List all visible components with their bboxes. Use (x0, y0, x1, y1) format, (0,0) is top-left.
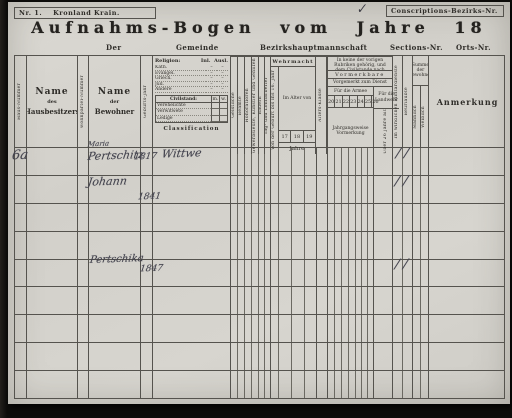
table-cell (238, 343, 245, 370)
table-row (15, 232, 504, 260)
table-cell (342, 371, 349, 398)
table-cell (78, 148, 89, 175)
table-row (15, 371, 504, 398)
subheader-gemeinde: Gemeinde (176, 43, 219, 52)
vormerk-line2: Vormerkbare (328, 71, 392, 79)
table-cell (393, 232, 403, 259)
col-hausbesitzer: Name des Hausbesitzers (27, 56, 78, 147)
table-cell (349, 148, 356, 175)
table-cell (141, 287, 153, 314)
religion-box: Religion: Inl. Ausl. Kath.–– Evangel.–– … (153, 56, 231, 147)
summe-box: Summe der Bewohner Männlich Weiblich (413, 56, 429, 147)
table-cell (335, 204, 342, 231)
table-cell (89, 343, 141, 370)
table-cell (15, 148, 27, 175)
table-cell (413, 287, 421, 314)
table-cell (141, 176, 153, 203)
table-cell (238, 176, 245, 203)
table-cell (374, 371, 393, 398)
table-cell (231, 343, 238, 370)
table-cell (421, 260, 429, 287)
table-cell (231, 204, 238, 231)
bewohner-l2: der (110, 99, 119, 105)
table-cell (238, 260, 245, 287)
table-cell (245, 343, 252, 370)
table-cell (78, 232, 89, 259)
table-cell (403, 148, 413, 175)
table-cell (305, 315, 317, 342)
kronland-label: Kronland Krain. (53, 9, 120, 17)
table-cell (374, 287, 393, 314)
table-cell (153, 343, 231, 370)
table-cell (27, 371, 78, 398)
page-title: Aufnahms-Bogen vom Jahre 18 (8, 18, 510, 37)
table-cell (335, 315, 342, 342)
table-cell (89, 260, 141, 287)
table-cell (429, 148, 506, 175)
table-cell (153, 260, 231, 287)
table-cell (238, 204, 245, 231)
table-cell (231, 371, 238, 398)
table-cell (421, 232, 429, 259)
table-cell (89, 204, 141, 231)
table-cell (141, 260, 153, 287)
table-cell (15, 315, 27, 342)
table-cell (374, 260, 393, 287)
table-cell (279, 232, 292, 259)
table-cell (271, 260, 279, 287)
table-cell (271, 232, 279, 259)
im-alter-von-label: Im Alter von (279, 67, 315, 130)
table-cell (279, 176, 292, 203)
table-cell (403, 343, 413, 370)
table-cell (279, 260, 292, 287)
col-maennlich: Männlich (413, 86, 421, 147)
table-cell (349, 315, 356, 342)
table-cell (403, 371, 413, 398)
table-cell (252, 176, 259, 203)
table-cell (27, 232, 78, 259)
table-cell (429, 371, 506, 398)
table-cell (342, 343, 349, 370)
bewohner-l1: Name (98, 87, 131, 97)
table-cell (153, 176, 231, 203)
table-cell (231, 232, 238, 259)
table-cell (342, 148, 349, 175)
table-cell (413, 343, 421, 370)
table-cell (89, 176, 141, 203)
table-cell (429, 204, 506, 231)
table-cell (328, 260, 335, 287)
table-cell (335, 148, 342, 175)
table-cell (153, 287, 231, 314)
armee-years: 20 21 22 23 24 25 26 (328, 96, 373, 108)
table-cell (252, 371, 259, 398)
table-cell (15, 343, 27, 370)
table-cell (238, 232, 245, 259)
table-cell (15, 232, 27, 259)
classification-footer-label: Classification (155, 126, 228, 132)
table-cell (328, 232, 335, 259)
conscription-box: Conscriptions-Bezirks-Nr. (386, 5, 504, 17)
table-cell (245, 260, 252, 287)
table-cell (335, 287, 342, 314)
table-cell (393, 315, 403, 342)
religion-row: Andere–– (155, 87, 228, 93)
col-occupation-gewerbsleute: Gewerbsleute, Künstler und Gehilfen (252, 57, 259, 154)
table-cell (141, 343, 153, 370)
table-cell (292, 176, 305, 203)
table-cell (429, 232, 506, 259)
table-cell (153, 148, 231, 175)
table-cell (421, 204, 429, 231)
table-cell (245, 315, 252, 342)
table-cell (413, 176, 421, 203)
summe-title: Summe der Bewohner (413, 56, 428, 86)
table-cell (413, 260, 421, 287)
table-cell (292, 232, 305, 259)
table-cell (335, 260, 342, 287)
table-cell (78, 287, 89, 314)
table-cell (252, 232, 259, 259)
table-cell (153, 371, 231, 398)
form-page: Nr. 1. Kronland Krain. Conscriptions-Bez… (8, 2, 510, 404)
table-cell (305, 260, 317, 287)
table-cell (349, 260, 356, 287)
table-cell (335, 343, 342, 370)
col-occupation-honoratioren: Honoratioren (245, 57, 252, 154)
table-cell (421, 176, 429, 203)
table-cell (245, 232, 252, 259)
table-cell (317, 176, 328, 203)
civil-col-w: w. (219, 96, 227, 102)
table-cell (89, 232, 141, 259)
wehr-years: 17 18 19 (279, 130, 315, 142)
table-cell (252, 204, 259, 231)
jahrgangsweise-label: Jahrgangsweise Vormerkung (328, 108, 373, 154)
wehrmacht-title: Wehrmacht (271, 57, 315, 67)
table-cell (342, 315, 349, 342)
col-occupation-arbeiter: Tag- und Lohnarbeiter (265, 57, 271, 154)
subheader-der: Der (106, 43, 121, 52)
armee-label: Für die Armee (328, 87, 373, 96)
table-cell (403, 176, 413, 203)
table-cell (78, 315, 89, 342)
table-cell (153, 315, 231, 342)
table-cell (413, 148, 421, 175)
table-cell (231, 287, 238, 314)
census-table: Haus-Nummer Name des Hausbesitzers Wohnp… (14, 55, 505, 399)
table-cell (245, 176, 252, 203)
table-cell (328, 204, 335, 231)
table-cell (141, 148, 153, 175)
table-row (15, 287, 504, 315)
col-wohnpartei-nummer: Wohnpartei-Nummer (78, 56, 89, 147)
photo-background: Nr. 1. Kronland Krain. Conscriptions-Bez… (0, 0, 512, 418)
table-cell (271, 315, 279, 342)
table-cell (292, 343, 305, 370)
table-cell (231, 176, 238, 203)
subheader-bezirkshauptmannschaft: Bezirkshauptmannschaft (260, 43, 367, 52)
civilstand-label: Civilstand: (156, 96, 211, 102)
geburtsjahr-label: Geburts-Jahr (144, 85, 149, 118)
table-cell (78, 176, 89, 203)
table-cell (252, 343, 259, 370)
col-geburtsjahr: Geburts-Jahr (141, 56, 153, 147)
table-cell (153, 204, 231, 231)
table-cell (349, 176, 356, 203)
table-cell (393, 343, 403, 370)
col-anmerkung: Anmerkung (429, 56, 506, 147)
table-cell (403, 315, 413, 342)
table-cell (342, 260, 349, 287)
table-cell (271, 176, 279, 203)
wohnpartei-label: Wohnpartei-Nummer (81, 75, 86, 128)
table-cell (317, 204, 328, 231)
table-row (15, 204, 504, 232)
col-weiblich: Weiblich (421, 86, 428, 147)
table-cell (292, 315, 305, 342)
table-cell (271, 287, 279, 314)
table-cell (15, 287, 27, 314)
col-alters-klasse: Alters-Klasse (316, 57, 327, 154)
table-cell (89, 371, 141, 398)
table-cell (292, 204, 305, 231)
table-cell (292, 287, 305, 314)
table-cell (413, 371, 421, 398)
table-cell (403, 232, 413, 259)
table-cell (27, 315, 78, 342)
table-cell (245, 204, 252, 231)
table-cell (374, 232, 393, 259)
table-cell (317, 315, 328, 342)
table-cell (335, 232, 342, 259)
table-cell (429, 260, 506, 287)
civilstand-box: Civilstand: m. w. Verehelichte Verwitwet… (155, 95, 228, 124)
table-cell (421, 343, 429, 370)
table-cell (78, 343, 89, 370)
table-cell (279, 287, 292, 314)
col-occupation-beamte: Beamte (238, 57, 245, 154)
table-cell (429, 343, 506, 370)
table-cell (292, 260, 305, 287)
table-cell (141, 232, 153, 259)
table-cell (413, 315, 421, 342)
table-cell (317, 287, 328, 314)
table-row (15, 260, 504, 288)
haus-nummer-label: Haus-Nummer (18, 83, 23, 120)
table-cell (238, 371, 245, 398)
religion-col-b: Ausl. (214, 58, 228, 64)
wehrmacht-box: Wehrmacht Von der Geburt bis ins 16. Jah… (271, 57, 316, 154)
vormerk-box: In keine der vorigen Rubriken gehörig, u… (327, 57, 392, 154)
religion-col-a: Inl. (201, 58, 211, 64)
table-cell (279, 148, 292, 175)
table-cell (317, 232, 328, 259)
classification-section: Classification des männlichen Geschlecht… (231, 56, 393, 147)
col-haus-nummer: Haus-Nummer (15, 56, 27, 147)
table-cell (342, 176, 349, 203)
table-cell (305, 371, 317, 398)
table-cell (393, 204, 403, 231)
table-cell (374, 176, 393, 203)
table-cell (342, 232, 349, 259)
table-body (15, 148, 504, 398)
table-cell (328, 148, 335, 175)
table-cell (374, 204, 393, 231)
table-cell (403, 260, 413, 287)
col-bewohner: Name der Bewohner (89, 56, 141, 147)
table-cell (393, 287, 403, 314)
table-cell (328, 287, 335, 314)
table-row (15, 176, 504, 204)
table-cell (153, 232, 231, 259)
table-cell (238, 315, 245, 342)
table-cell (342, 204, 349, 231)
table-cell (413, 204, 421, 231)
table-cell (89, 287, 141, 314)
table-cell (403, 287, 413, 314)
table-cell (349, 343, 356, 370)
civil-col-m: m. (211, 96, 219, 102)
table-cell (393, 260, 403, 287)
col-geburt-bis-16: Von der Geburt bis ins 16. Jahr (271, 67, 279, 154)
table-cell (27, 260, 78, 287)
armee-box: Für die Armee 20 21 22 23 24 25 26 (328, 87, 374, 154)
table-cell (342, 287, 349, 314)
table-cell (292, 148, 305, 175)
hausbesitzer-l1: Name (35, 87, 68, 97)
col-militaerdienst: Im wirklichen Militärdienste (393, 56, 403, 147)
table-cell (305, 232, 317, 259)
table-cell (27, 287, 78, 314)
table-cell (317, 371, 328, 398)
table-cell (305, 204, 317, 231)
table-cell (245, 371, 252, 398)
table-cell (89, 148, 141, 175)
table-cell (328, 176, 335, 203)
table-cell (78, 260, 89, 287)
table-cell (429, 287, 506, 314)
table-cell (27, 148, 78, 175)
table-cell (27, 204, 78, 231)
table-cell (252, 260, 259, 287)
handwritten-checkmark: ✓ (355, 1, 368, 17)
form-number: Nr. 1. (19, 9, 42, 17)
table-cell (141, 315, 153, 342)
table-cell (245, 287, 252, 314)
table-cell (231, 260, 238, 287)
table-cell (271, 371, 279, 398)
table-cell (328, 371, 335, 398)
hausbesitzer-l3: Hausbesitzers (27, 107, 78, 116)
subheader-orts-nr: Orts-Nr. (456, 43, 491, 52)
table-cell (421, 287, 429, 314)
table-cell (279, 371, 292, 398)
table-cell (413, 232, 421, 259)
table-cell (15, 204, 27, 231)
table-cell (374, 315, 393, 342)
table-cell (328, 315, 335, 342)
table-cell (78, 204, 89, 231)
table-cell (15, 371, 27, 398)
table-cell (279, 343, 292, 370)
table-cell (271, 148, 279, 175)
table-cell (393, 371, 403, 398)
table-cell (27, 343, 78, 370)
table-cell (78, 371, 89, 398)
table-cell (421, 371, 429, 398)
religion-label: Religion: (155, 58, 180, 64)
table-cell (335, 371, 342, 398)
table-cell (328, 343, 335, 370)
table-header: Haus-Nummer Name des Hausbesitzers Wohnp… (15, 56, 504, 148)
table-cell (141, 204, 153, 231)
table-cell (27, 176, 78, 203)
table-cell (305, 287, 317, 314)
table-cell (238, 287, 245, 314)
table-cell (421, 148, 429, 175)
table-cell (15, 176, 27, 203)
vormerk-line3: Vorgemerkt zum Dienst (328, 79, 392, 87)
bewohner-l3: Bewohner (95, 107, 134, 116)
table-cell (271, 204, 279, 231)
table-row (15, 315, 504, 343)
table-cell (335, 176, 342, 203)
table-cell (141, 371, 153, 398)
table-cell (317, 260, 328, 287)
table-cell (305, 343, 317, 370)
table-cell (279, 204, 292, 231)
table-cell (349, 287, 356, 314)
table-cell (349, 232, 356, 259)
subheader-sections-nr: Sections-Nr. (390, 43, 443, 52)
table-cell (429, 176, 506, 203)
table-cell (349, 204, 356, 231)
table-cell (231, 315, 238, 342)
table-cell (429, 315, 506, 342)
vormerk-line1: In keine der vorigen Rubriken gehörig, u… (328, 57, 392, 71)
table-cell (393, 148, 403, 175)
table-cell (252, 315, 259, 342)
table-cell (349, 371, 356, 398)
table-cell (421, 315, 429, 342)
table-cell (403, 204, 413, 231)
col-occupation-geistliche: Geistliche (231, 57, 238, 154)
table-cell (292, 371, 305, 398)
table-cell (393, 176, 403, 203)
table-cell (271, 343, 279, 370)
table-cell (15, 260, 27, 287)
hausbesitzer-l2: des (47, 99, 57, 105)
conscription-label: Conscriptions-Bezirks-Nr. (391, 7, 498, 15)
civil-row: Ledige (156, 116, 227, 123)
table-cell (305, 176, 317, 203)
table-cell (374, 343, 393, 370)
table-cell (317, 343, 328, 370)
col-beurlaubte: Beurlaubte (403, 56, 413, 147)
table-cell (252, 287, 259, 314)
table-row (15, 343, 504, 371)
table-cell (89, 315, 141, 342)
table-cell (279, 315, 292, 342)
